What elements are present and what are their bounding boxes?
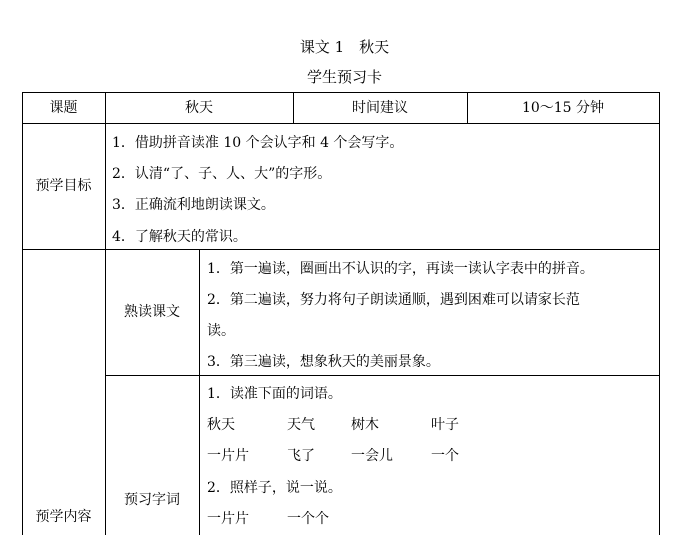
word: 一个	[431, 445, 459, 465]
example-word: 一片片	[207, 508, 249, 528]
goal-item: 3．正确流利地朗读课文。	[112, 194, 275, 214]
reading-step-continued: 读。	[207, 320, 235, 340]
word: 一片片	[207, 445, 249, 465]
goal-item: 2．认清“了、子、人、大”的字形。	[112, 163, 331, 183]
goal-item: 1．借助拼音读准 10 个会认字和 4 个会写字。	[112, 132, 403, 152]
reading-step: 3．第三遍读，想象秋天的美丽景象。	[207, 351, 440, 371]
time-label: 时间建议	[293, 100, 467, 116]
topic-label: 课题	[22, 100, 105, 116]
row-divider	[22, 249, 660, 250]
column-divider	[199, 249, 200, 535]
word: 一会儿	[351, 445, 393, 465]
table-border-left	[22, 92, 23, 535]
topic-value: 秋天	[105, 100, 293, 116]
reading-step: 1．第一遍读，圈画出不认识的字，再读一读认字表中的拼音。	[207, 258, 594, 278]
example-word: 一个个	[287, 508, 329, 528]
word: 飞了	[287, 445, 315, 465]
vocab-label: 预习字词	[105, 492, 199, 508]
row-divider	[22, 123, 660, 124]
lesson-title: 课文 1 秋天	[0, 36, 689, 57]
row-divider	[105, 375, 660, 376]
word: 树木	[351, 414, 379, 434]
word: 天气	[287, 414, 315, 434]
word: 秋天	[207, 414, 235, 434]
vocab-task: 2．照样子，说一说。	[207, 477, 342, 497]
table-border-right	[659, 92, 660, 535]
table-border-top	[22, 92, 660, 93]
time-value: 10～15 分钟	[467, 100, 659, 116]
goal-item: 4．了解秋天的常识。	[112, 226, 247, 246]
card-title: 学生预习卡	[0, 66, 689, 87]
reading-label: 熟读课文	[105, 304, 199, 320]
goals-label: 预学目标	[22, 178, 105, 194]
reading-step: 2．第二遍读，努力将句子朗读通顺，遇到困难可以请家长范	[207, 289, 580, 309]
word: 叶子	[431, 414, 459, 434]
content-label: 预学内容	[22, 509, 105, 525]
vocab-task: 1．读准下面的词语。	[207, 383, 342, 403]
